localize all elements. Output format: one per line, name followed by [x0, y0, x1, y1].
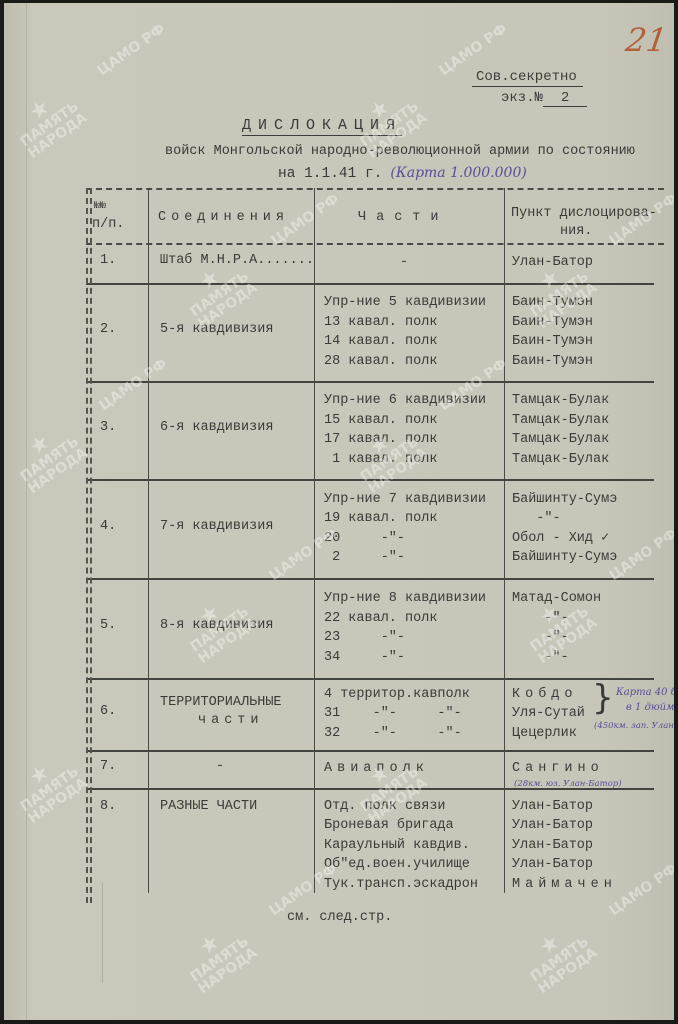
unit-name: 32 -"- -"-	[324, 724, 462, 744]
location-name: -"-	[512, 609, 569, 629]
project-watermark: ★ПАМЯТЬНАРОДА	[6, 83, 89, 161]
unit-name: 19 кавал. полк	[324, 509, 437, 529]
document-page: 21 Сов.секретно экз.№2 ДИСЛОКАЦИЯ войск …	[4, 3, 674, 1020]
star-icon: ★	[6, 748, 73, 803]
header-location: Пункт дислоцирова-	[511, 204, 657, 224]
location-name: -"-	[512, 648, 569, 668]
unit-name: 28 кавал. полк	[324, 352, 437, 372]
watermark-text: НАРОДА	[26, 111, 90, 161]
column-divider	[504, 188, 505, 893]
unit-name: Об"ед.воен.училище	[324, 855, 470, 875]
location-name: Улан-Батор	[512, 253, 593, 273]
formation-name: РАЗНЫЕ ЧАСТИ	[160, 797, 257, 817]
archive-watermark: ЦАМО РФ	[97, 357, 169, 414]
unit-name: 31 -"- -"-	[324, 704, 462, 724]
unit-name: 4 территор.кавполк	[324, 685, 470, 705]
table-rule	[86, 678, 654, 680]
unit-name: 14 кавал. полк	[324, 332, 437, 352]
location-name: Тамцак-Булак	[512, 450, 609, 470]
location-name: Цецерлик	[512, 724, 577, 744]
location-name: Матад-Сомон	[512, 589, 601, 609]
row-number: 6.	[100, 702, 116, 722]
unit-name: Упр-ние 8 кавдивизии	[324, 589, 486, 609]
watermark-text: НАРОДА	[536, 946, 600, 996]
classification-stamp: Сов.секретно	[472, 69, 583, 85]
header-formation: Соединения	[158, 208, 289, 228]
unit-name: 20 -"-	[324, 529, 405, 549]
location-name: Баин-Тумэн	[512, 352, 593, 372]
star-icon: ★	[176, 918, 243, 973]
row-number: 1.	[100, 251, 116, 271]
location-name: Тамцак-Булак	[512, 430, 609, 450]
unit-name: 15 кавал. полк	[324, 411, 437, 431]
archive-watermark: ЦАМО РФ	[607, 862, 674, 919]
watermark-text: НАРОДА	[26, 776, 90, 826]
formation-name: -	[216, 757, 224, 777]
table-rule	[86, 283, 654, 285]
header-units: Части	[358, 208, 449, 228]
watermark-text: ПАМЯТЬ	[188, 269, 252, 319]
location-name: -"-	[512, 509, 561, 529]
row-number: 3.	[100, 418, 116, 438]
formation-name: 5-я кавдивизия	[160, 320, 273, 340]
unit-name: 17 кавал. полк	[324, 430, 437, 450]
document-date: на 1.1.41 г.(Карта 1.000.000)	[278, 165, 527, 182]
row-number: 7.	[100, 757, 116, 777]
unit-name: 2 -"-	[324, 548, 405, 568]
star-icon: ★	[516, 918, 583, 973]
table-rule	[86, 750, 654, 752]
project-watermark: ★ПАМЯТЬНАРОДА	[6, 418, 89, 496]
document-title: ДИСЛОКАЦИЯ	[242, 117, 402, 136]
location-name: Тамцак-Булак	[512, 391, 609, 411]
formation-name: ТЕРРИТОРИАЛЬНЫЕ	[160, 693, 282, 713]
folio-number: 21	[623, 21, 669, 59]
star-icon: ★	[6, 418, 73, 473]
location-name: Улан-Батор	[512, 797, 593, 817]
unit-name: Упр-ние 7 кавдивизии	[324, 490, 486, 510]
formation-name: 8-я кавдивизия	[160, 616, 273, 636]
watermark-text: ПАМЯТЬ	[188, 934, 252, 984]
row-number: 2.	[100, 320, 116, 340]
table-border-left	[90, 188, 92, 903]
table-rule	[86, 188, 664, 190]
table-rule	[86, 381, 654, 383]
location-name: Уля-Сутай	[512, 704, 585, 724]
location-name: Баин-Тумэн	[512, 293, 593, 313]
unit-name: 13 кавал. полк	[324, 313, 437, 333]
page-fold-line	[102, 883, 103, 983]
unit-name: 1 кавал. полк	[324, 450, 437, 470]
location-name: Сангино	[512, 759, 604, 779]
location-name: Улан-Батор	[512, 855, 593, 875]
handwritten-map-note: (Карта 1.000.000)	[390, 165, 526, 181]
table-rule	[86, 243, 664, 245]
table-rule	[86, 479, 654, 481]
unit-name: 34 -"-	[324, 648, 405, 668]
unit-name: Караульный кавдив.	[324, 836, 470, 856]
document-subtitle: войск Монгольской народно-революционной …	[165, 144, 635, 159]
header-num: №№	[94, 202, 106, 212]
location-name: Байшинту-Сумэ	[512, 548, 617, 568]
unit-name: Упр-ние 6 кавдивизии	[324, 391, 486, 411]
continuation-note: см. след.стр.	[287, 910, 392, 925]
watermark-text: ПАМЯТЬ	[18, 99, 82, 149]
column-divider	[148, 188, 149, 893]
location-name: Баин-Тумэн	[512, 332, 593, 352]
unit-name: Упр-ние 5 кавдивизии	[324, 293, 486, 313]
location-name: Улан-Батор	[512, 836, 593, 856]
handwritten-note: Карта 40 б.	[616, 687, 674, 698]
header-location: ния.	[560, 222, 592, 242]
watermark-text: НАРОДА	[196, 946, 260, 996]
header-num: п/п.	[92, 215, 124, 235]
handwritten-note: (28км. юз. Улан-Батор)	[514, 779, 622, 789]
formation-name: 7-я кавдивизия	[160, 517, 273, 537]
watermark-text: ПАМЯТЬ	[528, 934, 592, 984]
row-number: 8.	[100, 797, 116, 817]
row-number: 5.	[100, 616, 116, 636]
location-name: Тамцак-Булак	[512, 411, 609, 431]
location-name: Кобдо	[512, 685, 578, 705]
watermark-text: ПАМЯТЬ	[18, 434, 82, 484]
unit-name: Авиаполк	[324, 759, 429, 779]
location-name: -"-	[512, 628, 569, 648]
unit-name: Отд. полк связи	[324, 797, 446, 817]
watermark-text: НАРОДА	[26, 446, 90, 496]
table-border-left	[86, 188, 88, 903]
unit-name: 22 кавал. полк	[324, 609, 437, 629]
formation-name: части	[198, 711, 264, 731]
star-icon: ★	[6, 83, 73, 138]
page-fold-line	[26, 3, 27, 1020]
location-name: Обол - Хид ✓	[512, 529, 609, 549]
row-number: 4.	[100, 517, 116, 537]
unit-name: 23 -"-	[324, 628, 405, 648]
location-name: Маймачен	[512, 875, 617, 895]
location-name: Улан-Батор	[512, 816, 593, 836]
location-name: Баин-Тумэн	[512, 313, 593, 333]
handwritten-note: в 1 дюйме	[626, 702, 674, 713]
project-watermark: ★ПАМЯТЬНАРОДА	[516, 918, 599, 996]
table-rule	[86, 578, 654, 580]
unit-name: -	[400, 253, 408, 273]
unit-name: Тук.трансп.эскадрон	[324, 875, 478, 895]
handwritten-note: (450км. зап. Улан-Батор)	[594, 721, 674, 731]
project-watermark: ★ПАМЯТЬНАРОДА	[6, 748, 89, 826]
location-name: Байшинту-Сумэ	[512, 490, 617, 510]
formation-name: 6-я кавдивизия	[160, 418, 273, 438]
archive-watermark: ЦАМО РФ	[95, 22, 167, 79]
project-watermark: ★ПАМЯТЬНАРОДА	[176, 918, 259, 996]
copy-number: экз.№2	[501, 90, 587, 107]
brace-bracket: }	[592, 683, 614, 713]
unit-name: Броневая бригада	[324, 816, 454, 836]
column-divider	[314, 188, 315, 893]
formation-name: Штаб М.Н.Р.А.......	[160, 251, 314, 271]
watermark-text: ПАМЯТЬ	[18, 764, 82, 814]
